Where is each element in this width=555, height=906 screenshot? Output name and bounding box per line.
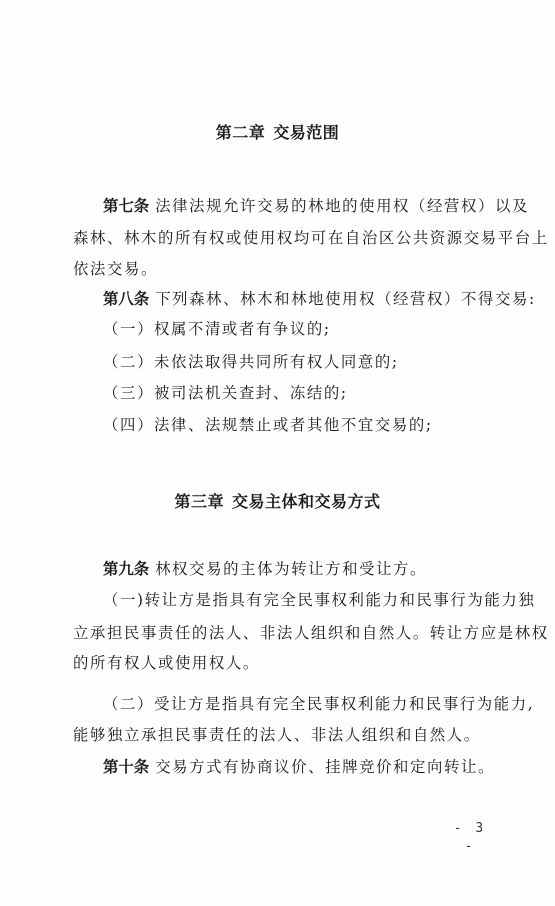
article-8-item-3: （三）被司法机关查封、冻结的; xyxy=(103,382,485,404)
chapter-number: 第三章 xyxy=(174,492,224,511)
article-text: 林权交易的主体为转让方和受让方。 xyxy=(155,560,427,578)
article-8-item-4: （四）法律、法规禁止或者其他不宜交易的; xyxy=(103,414,485,436)
article-number: 第十条 xyxy=(103,758,149,776)
article-number: 第七条 xyxy=(103,197,149,215)
article-7-line-3: 依法交易。 xyxy=(73,258,485,280)
article-text: 下列森林、林木和林地使用权（经营权）不得交易: xyxy=(155,290,536,308)
article-9-clause-2-line-2: 能够独立承担民事责任的法人、非法人组织和自然人。 xyxy=(73,724,485,746)
chapter-number: 第二章 xyxy=(216,123,266,142)
article-text: 交易方式有协商议价、挂牌竞价和定向转让。 xyxy=(155,758,495,776)
article-8-item-2: （二）未依法取得共同所有权人同意的; xyxy=(103,351,485,373)
article-8-intro: 第八条下列森林、林木和林地使用权（经营权）不得交易: xyxy=(103,288,485,310)
article-10: 第十条交易方式有协商议价、挂牌竞价和定向转让。 xyxy=(103,756,485,778)
article-9-clause-1-line-2: 立承担民事责任的法人、非法人组织和自然人。转让方应是林权 xyxy=(73,622,485,644)
chapter-title: 交易范围 xyxy=(273,123,339,142)
article-number: 第九条 xyxy=(103,560,149,578)
page-number: - 3 - xyxy=(448,820,492,856)
article-7-line-2: 森林、林木的所有权或使用权均可在自治区公共资源交易平台上 xyxy=(73,227,485,249)
article-9-clause-1-line-3: 的所有权人或使用权人。 xyxy=(73,652,485,674)
chapter-heading-2: 第二章交易范围 xyxy=(0,122,555,144)
article-9-intro: 第九条林权交易的主体为转让方和受让方。 xyxy=(103,558,485,580)
chapter-heading-3: 第三章交易主体和交易方式 xyxy=(0,491,555,513)
article-9-clause-2-line-1: （二）受让方是指具有完全民事权利能力和民事行为能力, xyxy=(103,693,485,715)
chapter-title: 交易主体和交易方式 xyxy=(232,492,381,511)
article-text: 法律法规允许交易的林地的使用权（经营权）以及 xyxy=(155,197,529,215)
article-number: 第八条 xyxy=(103,290,149,308)
article-8-item-1: （一）权属不清或者有争议的; xyxy=(103,318,485,340)
article-7-line-1: 第七条法律法规允许交易的林地的使用权（经营权）以及 xyxy=(103,195,485,217)
article-9-clause-1-line-1: （一)转让方是指具有完全民事权利能力和民事行为能力独 xyxy=(103,589,485,611)
document-page: 第二章交易范围 第七条法律法规允许交易的林地的使用权（经营权）以及 森林、林木的… xyxy=(0,0,555,906)
